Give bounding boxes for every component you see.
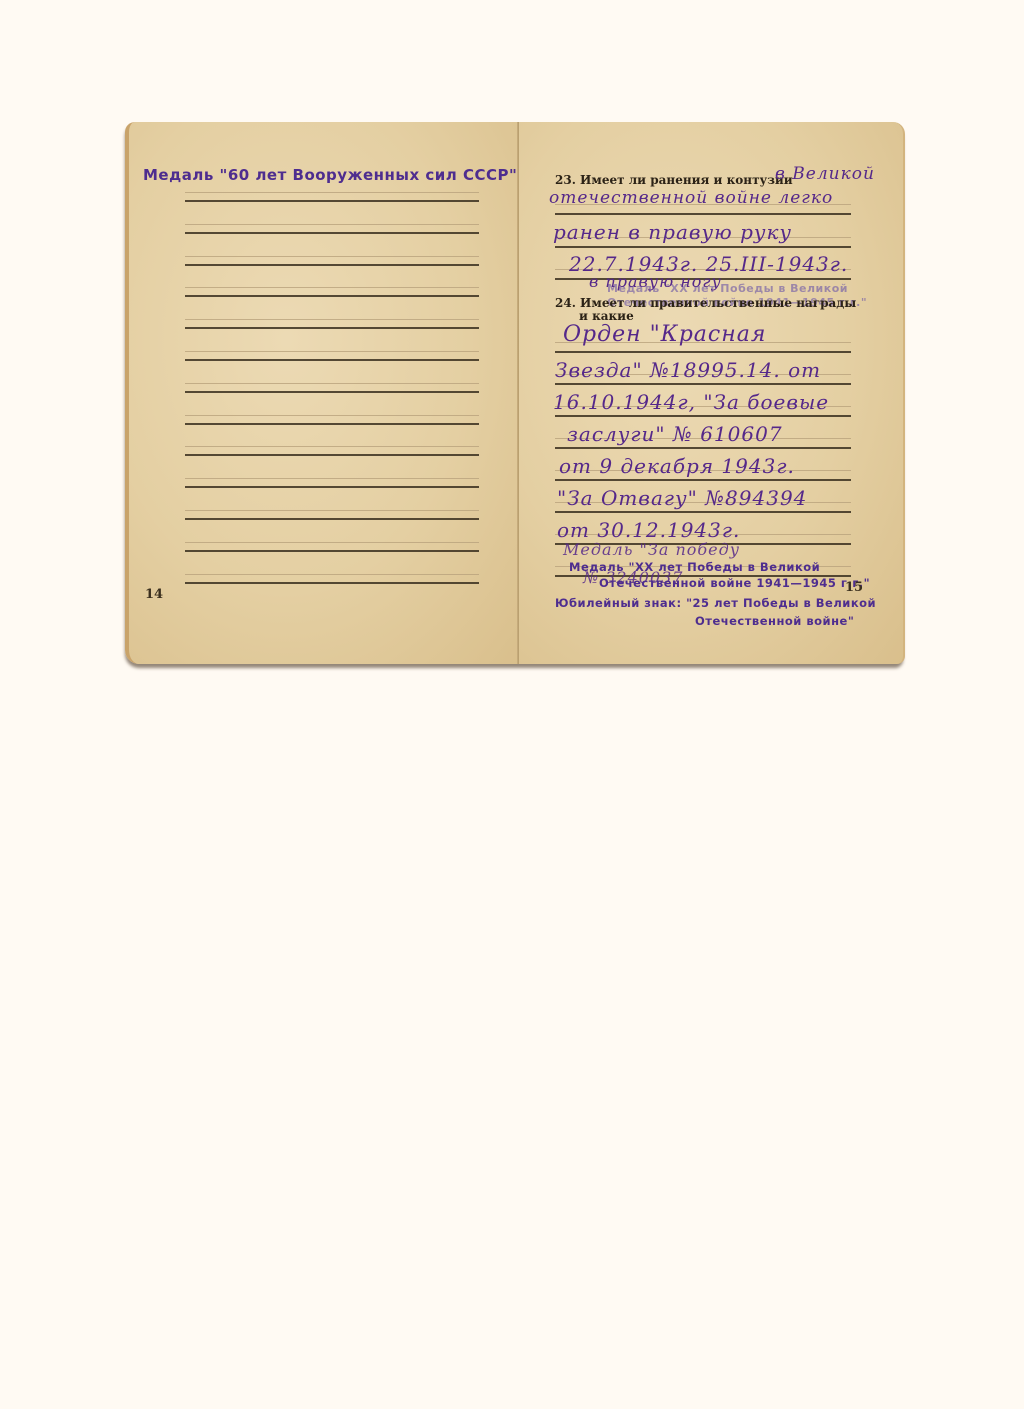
faint-ruled-line bbox=[185, 351, 479, 352]
ruled-line bbox=[555, 511, 851, 513]
q24-handwriting-1: Орден "Красная bbox=[563, 322, 766, 347]
jubilee-badge-stamp-line2: Отечественной войне" bbox=[695, 614, 854, 628]
ruled-line bbox=[185, 486, 479, 488]
ruled-line bbox=[185, 327, 479, 329]
left-page: Медаль "60 лет Вооруженных сил СССР" 14 bbox=[125, 122, 522, 664]
ruled-line bbox=[185, 454, 479, 456]
medal-xx-stamp-line2: Отечественной войне 1941—1945 г.г." bbox=[599, 576, 870, 590]
q24-handwriting-5: от 9 декабря 1943г. bbox=[559, 454, 795, 478]
jubilee-badge-stamp-line1: Юбилейный знак: "25 лет Победы в Великой bbox=[555, 596, 876, 610]
medal-xx-stamp-line1: Медаль "XX лет Победы в Великой bbox=[569, 560, 820, 574]
faint-ruled-line bbox=[185, 510, 479, 511]
q23-handwriting-1: в Великой bbox=[775, 164, 875, 184]
ruled-line bbox=[555, 415, 851, 417]
ruled-line bbox=[185, 200, 479, 202]
page-number-right: 15 bbox=[845, 580, 863, 595]
right-page: Медаль "XX лет Победы в Великой Отечеств… bbox=[519, 122, 905, 664]
q23-handwriting-2: отечественной войне легко bbox=[549, 188, 833, 208]
q24-handwriting-4: заслуги" № 610607 bbox=[567, 422, 783, 446]
faint-ruled-line bbox=[185, 574, 479, 575]
ruled-line bbox=[185, 391, 479, 393]
ruled-line bbox=[555, 479, 851, 481]
ruled-line bbox=[185, 582, 479, 584]
q24-handwriting-2: Звезда" №18995.14. от bbox=[555, 358, 821, 382]
ruled-line bbox=[185, 295, 479, 297]
q24-handwriting-8: Медаль "За победу bbox=[563, 540, 740, 559]
ruled-line bbox=[185, 423, 479, 425]
faint-ruled-line bbox=[185, 287, 479, 288]
ruled-line bbox=[185, 232, 479, 234]
faint-ruled-line bbox=[185, 224, 479, 225]
q24-handwriting-0: в правую ногу bbox=[589, 272, 722, 291]
ruled-line bbox=[185, 518, 479, 520]
faint-ruled-line bbox=[185, 383, 479, 384]
ruled-line bbox=[555, 447, 851, 449]
ruled-line bbox=[555, 213, 851, 215]
ruled-line bbox=[185, 359, 479, 361]
faint-ruled-line bbox=[185, 319, 479, 320]
ruled-line bbox=[185, 550, 479, 552]
ruled-line bbox=[555, 351, 851, 353]
q24-handwriting-3: 16.10.1944г, "За боевые bbox=[553, 390, 829, 414]
question-24-label-line1: 24. Имеет ли правительственные награды bbox=[555, 296, 856, 310]
military-booklet: Медаль "60 лет Вооруженных сил СССР" 14 … bbox=[125, 122, 903, 664]
faint-ruled-line bbox=[185, 446, 479, 447]
q24-handwriting-7: от 30.12.1943г. bbox=[557, 518, 740, 542]
medal-60-years-stamp: Медаль "60 лет Вооруженных сил СССР" bbox=[143, 166, 517, 184]
ruled-line bbox=[185, 264, 479, 266]
ruled-line bbox=[555, 383, 851, 385]
faint-ruled-line bbox=[185, 415, 479, 416]
q23-handwriting-3: ранен в правую руку bbox=[553, 220, 792, 244]
q24-handwriting-6: "За Отвагу" №894394 bbox=[557, 486, 807, 510]
ruled-line bbox=[555, 246, 851, 248]
faint-ruled-line bbox=[185, 256, 479, 257]
page-number-left: 14 bbox=[145, 587, 163, 602]
faint-ruled-line bbox=[185, 542, 479, 543]
question-23-label: 23. Имеет ли ранения и контузии bbox=[555, 173, 793, 187]
faint-ruled-line bbox=[185, 478, 479, 479]
question-24-label-line2: и какие bbox=[579, 309, 634, 323]
faint-ruled-line bbox=[185, 192, 479, 193]
